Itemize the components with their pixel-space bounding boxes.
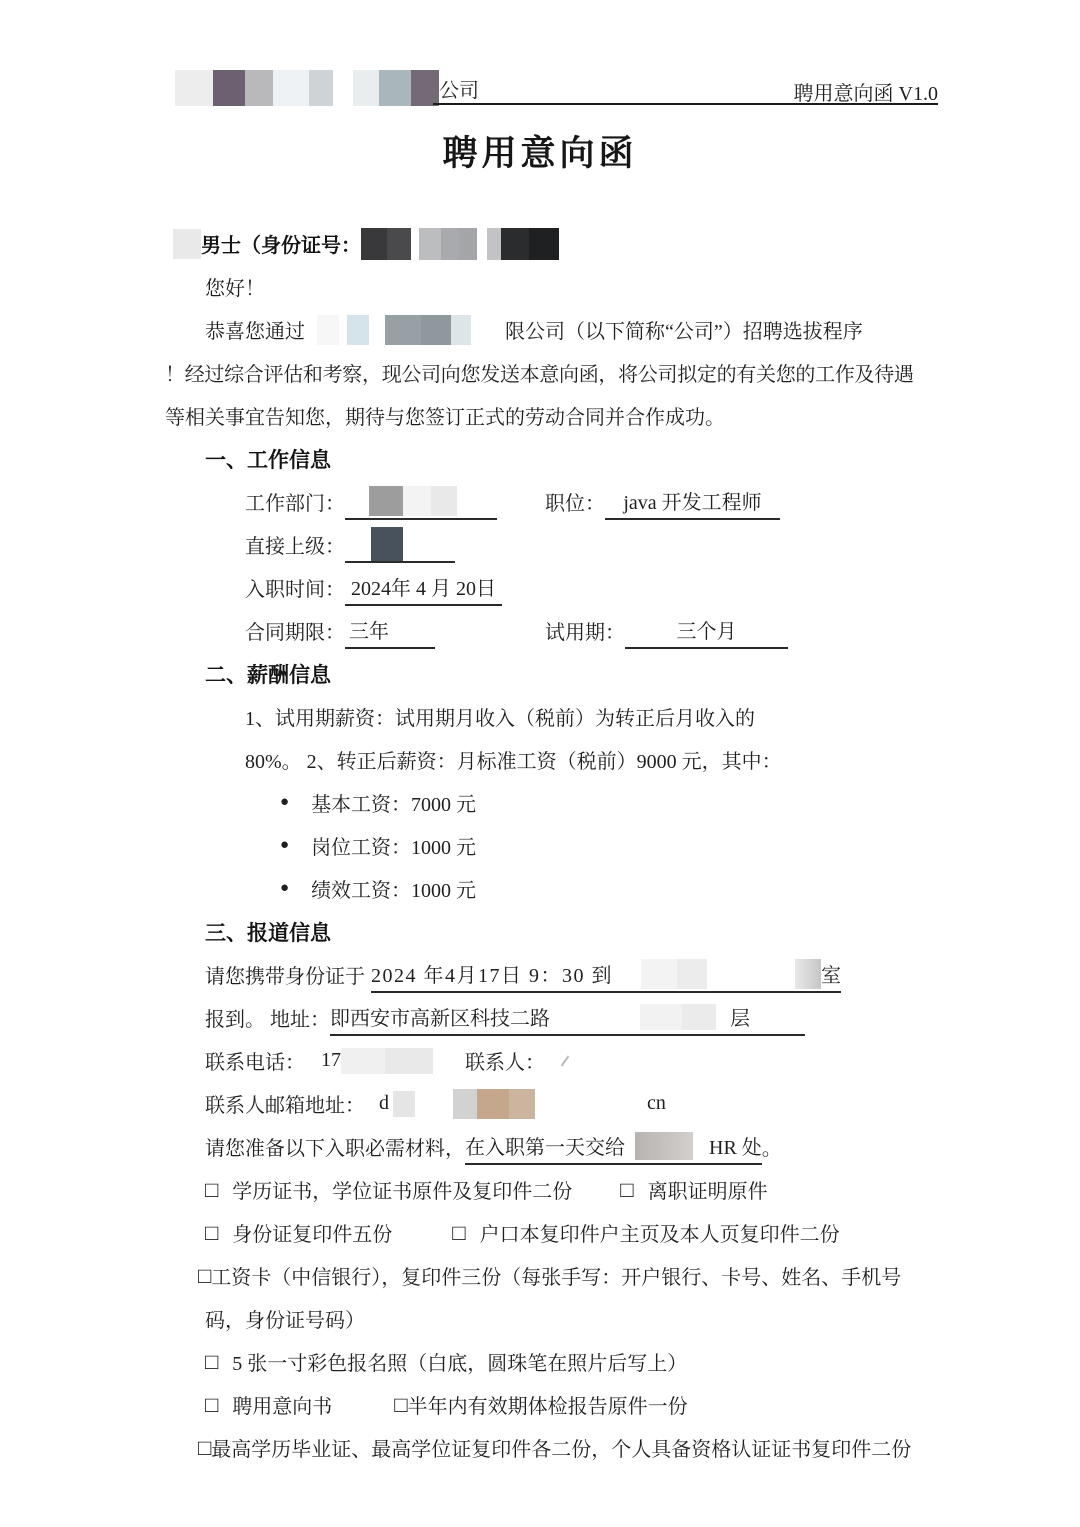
checklist-row-5: □ 聘用意向书 □ 半年内有效期体检报告原件一份: [205, 1383, 945, 1426]
report-time-row: 请您携带身份证于 2024 年4月17日 9：30 到 室: [205, 953, 945, 996]
redaction-block: [501, 228, 529, 260]
report-text: 报到。 地址：: [205, 1003, 330, 1032]
checklist-item: 学历证书，学位证书原件及复印件二份: [232, 1175, 572, 1204]
redaction-block: [419, 228, 441, 260]
checklist-row-2: □ 身份证复印件五份 □ 户口本复印件户主页及本人页复印件二份: [205, 1211, 945, 1254]
report-address-field: 即西安市高新区科技二路 层: [330, 1000, 805, 1036]
section-heading-text: 三、报道信息: [205, 917, 331, 947]
redaction-block: [371, 527, 403, 561]
redaction-block: [411, 70, 439, 106]
checklist-item: 半年内有效期体检报告原件一份: [408, 1390, 688, 1419]
redaction-block: [677, 959, 707, 989]
phone-label: 联系电话：: [205, 1046, 305, 1075]
materials-underline-pre: 在入职第一天交给: [465, 1131, 625, 1160]
salary-line-1: 1、试用期薪资：试用期月收入（税前）为转正后月收入的: [245, 695, 945, 738]
salary-item: 绩效工资：1000 元: [311, 874, 476, 903]
work-startdate-row: 入职时间： 2024年 4 月 20日: [245, 566, 945, 609]
redaction-block: [341, 1048, 385, 1074]
redaction-block: [273, 70, 309, 106]
page-header: 公司 聘用意向函 V1.0: [175, 70, 938, 106]
salary-text: 80%。 2、转正后薪资：月标准工资（税前）9000 元，其中：: [245, 745, 782, 774]
dept-field: [345, 484, 497, 520]
redaction-block: [387, 228, 411, 260]
redaction-block: [245, 70, 273, 106]
redaction-block: [459, 228, 477, 260]
salary-bullet-post: ● 岗位工资：1000 元: [280, 824, 945, 867]
materials-period: 。: [762, 1132, 782, 1161]
header-rule: [433, 103, 938, 105]
report-floor-suffix: 层: [730, 1002, 750, 1031]
redaction-block: [393, 1091, 415, 1117]
checklist-item: 聘用意向书: [232, 1390, 332, 1419]
probation-field: 三个月: [625, 613, 788, 649]
probation-label: 试用期：: [545, 616, 625, 645]
checkbox-icon: □: [205, 1392, 218, 1418]
checkbox-icon: □: [452, 1220, 465, 1246]
redaction-block: [795, 959, 821, 989]
section-heading-salary: 二、薪酬信息: [205, 652, 945, 695]
checklist-item: 工资卡（中信银行），复印件三份（每张手写：开户银行、卡号、姓名、手机号: [211, 1261, 901, 1290]
redaction-block: [369, 486, 403, 516]
salary-item: 岗位工资：1000 元: [311, 831, 476, 860]
greeting-text: 您好！: [205, 272, 265, 301]
greeting-line: 您好！: [205, 265, 945, 308]
redaction-block: [385, 1048, 433, 1074]
checkbox-icon: □: [394, 1392, 407, 1418]
materials-field: 在入职第一天交给 HR 处: [465, 1129, 762, 1165]
redaction-block: [477, 1089, 509, 1119]
start-date-label: 入职时间：: [245, 573, 345, 602]
email-label: 联系人邮箱地址：: [205, 1089, 365, 1118]
checklist-item: 码，身份证号码）: [205, 1304, 365, 1333]
redaction-block: [347, 315, 369, 345]
materials-text: 请您准备以下入职必需材料，: [205, 1132, 465, 1161]
work-contract-row: 合同期限： 三年 试用期： 三个月: [245, 609, 945, 652]
intro-line-3: 等相关事宜告知您，期待与您签订正式的劳动合同并合作成功。: [165, 394, 945, 437]
report-materials-row: 请您准备以下入职必需材料， 在入职第一天交给 HR 处 。: [205, 1125, 945, 1168]
section-heading-text: 一、工作信息: [205, 444, 331, 474]
redaction-block: [173, 229, 201, 259]
redaction-block: [353, 70, 379, 106]
checklist-row-3-cont: 码，身份证号码）: [205, 1297, 945, 1340]
start-date-value: 2024年 4 月 20日: [351, 572, 496, 601]
position-value: java 开发工程师: [623, 486, 761, 515]
phone-partial: 17: [321, 1049, 341, 1072]
checklist-item: 离职证明原件: [648, 1175, 768, 1204]
checkbox-icon: □: [198, 1263, 211, 1289]
contract-value: 三年: [349, 615, 389, 644]
checklist-row-6: □ 最高学历毕业证、最高学位证复印件各二份，个人具备资格认证证书复印件二份: [198, 1426, 945, 1469]
checklist-item: 5 张一寸彩色报名照（白底，圆珠笔在照片后写上）: [232, 1347, 687, 1376]
report-time-value: 2024 年4月17日 9：30 到: [371, 959, 613, 988]
page-title: 聘用意向函: [0, 126, 1080, 176]
salary-line-2: 80%。 2、转正后薪资：月标准工资（税前）9000 元，其中：: [245, 738, 945, 781]
salary-item: 基本工资：7000 元: [311, 788, 476, 817]
checkbox-icon: □: [205, 1349, 218, 1375]
intro-text: 限公司（以下简称“公司”）招聘选拔程序: [505, 315, 863, 344]
contract-label: 合同期限：: [245, 616, 345, 645]
work-supervisor-row: 直接上级：: [245, 523, 945, 566]
redaction-block: [317, 315, 339, 345]
redaction-block: [529, 228, 559, 260]
bullet-icon: ●: [280, 881, 289, 896]
checklist-item: 身份证复印件五份: [232, 1218, 392, 1247]
redaction-block: [682, 1004, 716, 1030]
redaction-block: [640, 1004, 682, 1030]
report-email-row: 联系人邮箱地址： d cn: [205, 1082, 945, 1125]
report-room-suffix: 室: [821, 959, 841, 988]
redaction-block: [403, 486, 431, 516]
redaction-block: [509, 1089, 535, 1119]
supervisor-label: 直接上级：: [245, 530, 345, 559]
checklist-row-1: □ 学历证书，学位证书原件及复印件二份 □ 离职证明原件: [205, 1168, 945, 1211]
redaction-block: [487, 228, 501, 260]
report-text: 请您携带身份证于: [205, 960, 365, 989]
report-time-field: 2024 年4月17日 9：30 到 室: [371, 957, 841, 993]
document-page: 公司 聘用意向函 V1.0 聘用意向函 男士（身份证号： 您好！ 恭: [0, 0, 1080, 1527]
checklist-row-3: □ 工资卡（中信银行），复印件三份（每张手写：开户银行、卡号、姓名、手机号: [198, 1254, 945, 1297]
redaction-block: [175, 70, 213, 106]
salutation-text: 男士（身份证号：: [201, 229, 361, 258]
intro-line-2: ！经过综合评估和考察，现公司向您发送本意向函，将公司拟定的有关您的工作及待遇: [165, 351, 945, 394]
bullet-icon: ●: [280, 838, 289, 853]
position-label: 职位：: [545, 487, 605, 516]
section-heading-report: 三、报道信息: [205, 910, 945, 953]
intro-text: ！经过综合评估和考察，现公司向您发送本意向函，将公司拟定的有关您的工作及待遇: [165, 358, 914, 387]
position-field: java 开发工程师: [605, 484, 780, 520]
email-partial-start: d: [379, 1092, 389, 1115]
redaction-block: [385, 315, 421, 345]
checkbox-icon: □: [198, 1435, 211, 1461]
intro-text: 等相关事宜告知您，期待与您签订正式的劳动合同并合作成功。: [165, 401, 725, 430]
salary-bullet-basic: ● 基本工资：7000 元: [280, 781, 945, 824]
checklist-item: 最高学历毕业证、最高学位证复印件各二份，个人具备资格认证证书复印件二份: [211, 1433, 911, 1462]
document-body: 男士（身份证号： 您好！ 恭喜您通过: [165, 222, 945, 1469]
checkbox-icon: □: [205, 1177, 218, 1203]
checklist-row-4: □ 5 张一寸彩色报名照（白底，圆珠笔在照片后写上）: [205, 1340, 945, 1383]
work-dept-row: 工作部门： 职位： java 开发工程师: [245, 480, 945, 523]
redaction-block: [421, 315, 451, 345]
report-phone-row: 联系电话： 17 联系人：: [205, 1039, 945, 1082]
checkbox-icon: □: [620, 1177, 633, 1203]
contract-field: 三年: [345, 613, 435, 649]
checklist-item: 户口本复印件户主页及本人页复印件二份: [480, 1218, 840, 1247]
redaction-block: [379, 70, 411, 106]
start-date-field: 2024年 4 月 20日: [345, 570, 502, 606]
section-heading-text: 二、薪酬信息: [205, 659, 331, 689]
salary-text: 1、试用期薪资：试用期月收入（税前）为转正后月收入的: [245, 702, 755, 731]
checkbox-icon: □: [205, 1220, 218, 1246]
header-doc-version: 聘用意向函 V1.0: [794, 77, 938, 106]
probation-value: 三个月: [677, 615, 737, 644]
dept-label: 工作部门：: [245, 487, 345, 516]
report-address-row: 报到。 地址： 即西安市高新区科技二路 层: [205, 996, 945, 1039]
report-address-value: 即西安市高新区科技二路: [330, 1002, 550, 1031]
redaction-mark: [561, 1055, 570, 1066]
materials-underline-post: HR 处: [709, 1131, 762, 1160]
redaction-block: [451, 315, 471, 345]
contact-label: 联系人：: [465, 1046, 545, 1075]
supervisor-field: [345, 527, 455, 563]
redaction-block: [309, 70, 333, 106]
redaction-block: [431, 486, 457, 516]
salary-bullet-perf: ● 绩效工资：1000 元: [280, 867, 945, 910]
bullet-icon: ●: [280, 795, 289, 810]
header-company-suffix: 公司: [439, 74, 479, 103]
intro-text: 恭喜您通过: [205, 315, 305, 344]
header-company: 公司: [175, 70, 479, 106]
email-partial-end: cn: [647, 1092, 666, 1115]
intro-line-1: 恭喜您通过 限公司（以下简称“公司”）招聘选拔程序: [205, 308, 945, 351]
section-heading-work: 一、工作信息: [205, 437, 945, 480]
redaction-block: [441, 228, 459, 260]
salutation-line: 男士（身份证号：: [173, 222, 945, 265]
redaction-block: [635, 1132, 693, 1160]
redaction-block: [213, 70, 245, 106]
redaction-block: [641, 959, 677, 989]
redaction-block: [361, 228, 387, 260]
redaction-block: [453, 1089, 477, 1119]
